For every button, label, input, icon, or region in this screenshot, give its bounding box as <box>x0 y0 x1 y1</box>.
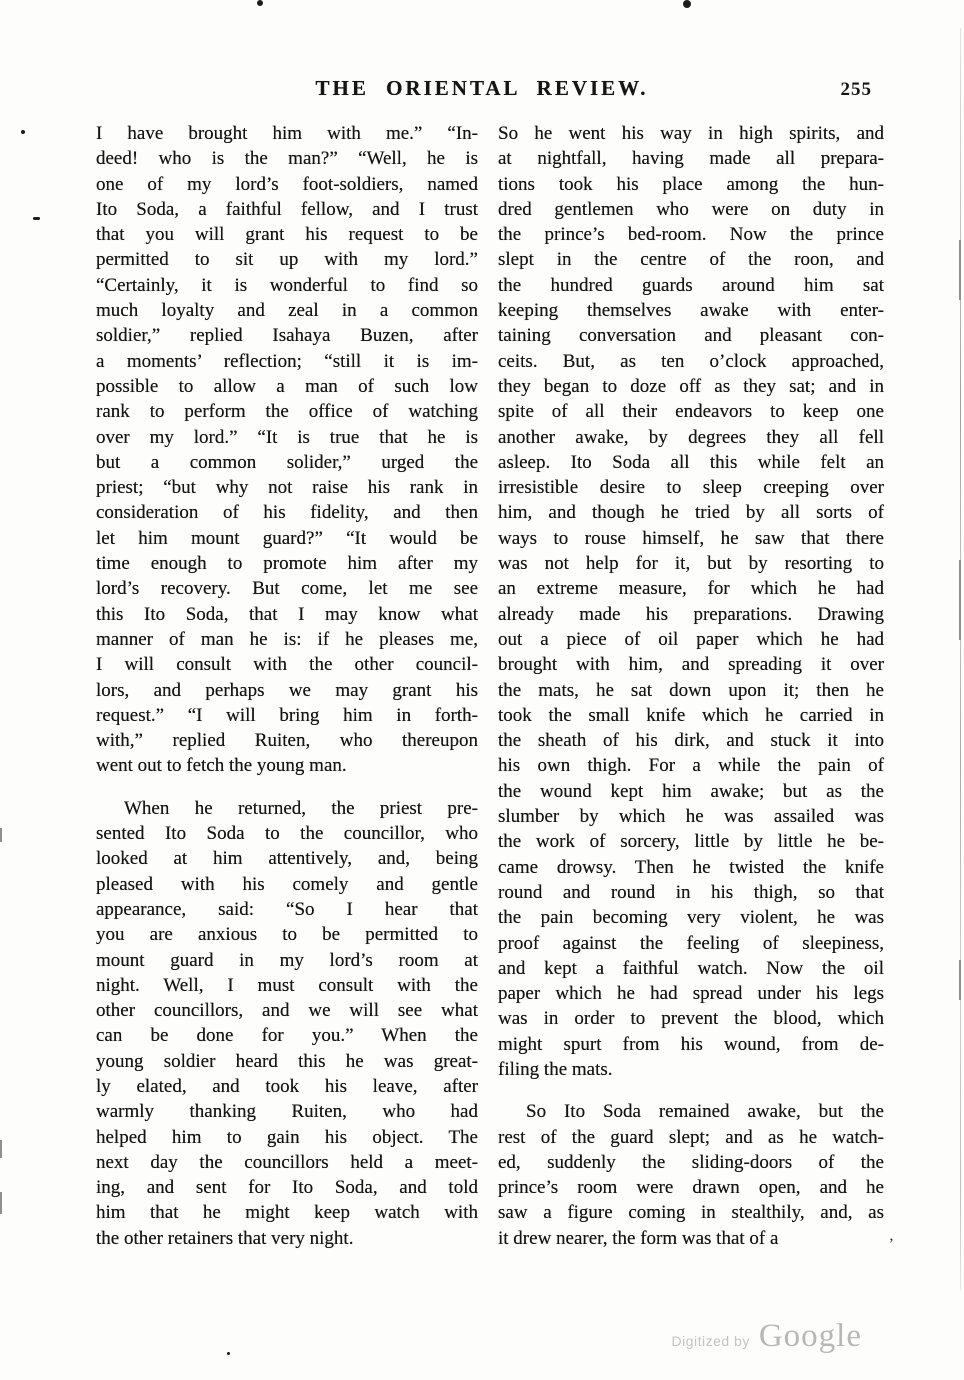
text-line: came drowsy. Then he twisted the knife <box>498 855 884 880</box>
text-line: you are anxious to be permitted to <box>96 922 478 947</box>
scan-speck <box>21 130 25 134</box>
text-body: I have brought him with me.” “In-deed! w… <box>96 121 884 1251</box>
text-line: priest; “but why not raise his rank in <box>96 475 478 500</box>
text-line: lors, and perhaps we may grant his <box>96 678 478 703</box>
text-line: ing, and sent for Ito Soda, and told <box>96 1175 478 1200</box>
text-line: ceits. But, as ten o’clock approached, <box>498 349 884 374</box>
scan-page-edge <box>960 28 961 1290</box>
text-line: him, and though he tried by all sorts of <box>498 500 884 525</box>
text-line: already made his preparations. Drawing <box>498 602 884 627</box>
text-line: this Ito Soda, that I may know what <box>96 602 478 627</box>
text-line: at nightfall, having made all prepara- <box>498 146 884 171</box>
text-line: took the small knife which he carried in <box>498 703 884 728</box>
scan-speck <box>227 1352 230 1355</box>
text-line: him that he might keep watch with <box>96 1200 478 1225</box>
text-line: “Certainly, it is wonderful to find so <box>96 273 478 298</box>
page-header: THE ORIENTAL REVIEW. 255 <box>0 76 964 102</box>
text-line: So he went his way in high spirits, and <box>498 121 884 146</box>
text-line: When he returned, the priest pre- <box>96 796 478 821</box>
text-line: deed! who is the man?” “Well, he is <box>96 146 478 171</box>
text-line: but a common solider,” urged the <box>96 450 478 475</box>
text-line: was in order to prevent the blood, which <box>498 1006 884 1031</box>
digitized-watermark: Digitized by Google <box>671 1318 862 1355</box>
scan-speck <box>257 0 263 6</box>
text-line: his own thigh. For a while the pain of <box>498 753 884 778</box>
text-line: one of my lord’s foot-soldiers, named <box>96 172 478 197</box>
text-line: the other retainers that very night. <box>96 1226 478 1251</box>
text-line: another awake, by degrees they all fell <box>498 425 884 450</box>
text-line: the pain becoming very violent, he was <box>498 905 884 930</box>
text-line: the hundred guards around him sat <box>498 273 884 298</box>
text-line: I will consult with the other council- <box>96 652 478 677</box>
text-line: next day the councillors held a meet- <box>96 1150 478 1175</box>
text-line: round and round in his thigh, so that <box>498 880 884 905</box>
scan-edge-tick <box>959 560 961 640</box>
text-line: that you will grant his request to be <box>96 222 478 247</box>
text-line: taining conversation and pleasant con- <box>498 323 884 348</box>
text-line: possible to allow a man of such low <box>96 374 478 399</box>
text-line: Ito Soda, a faithful fellow, and I trust <box>96 197 478 222</box>
text-line: permitted to sit up with my lord.” <box>96 247 478 272</box>
scan-edge-tick <box>959 240 961 300</box>
text-line: and kept a faithful watch. Now the oil <box>498 956 884 981</box>
text-line: filing the mats. <box>498 1057 884 1082</box>
text-line: lord’s recovery. But come, let me see <box>96 576 478 601</box>
text-line: request.” “I will bring him in forth- <box>96 703 478 728</box>
text-line: So Ito Soda remained awake, but the <box>498 1099 884 1124</box>
text-line: dred gentlemen who were on duty in <box>498 197 884 222</box>
text-line: asleep. Ito Soda all this while felt an <box>498 450 884 475</box>
text-line: the mats, he sat down upon it; then he <box>498 678 884 703</box>
watermark-prefix: Digitized by <box>671 1333 749 1349</box>
text-line: prince’s room were drawn open, and he <box>498 1175 884 1200</box>
text-line: soldier,” replied Isahaya Buzen, after <box>96 323 478 348</box>
text-line: an extreme measure, for which he had <box>498 576 884 601</box>
text-line: brought with him, and spreading it over <box>498 652 884 677</box>
text-line: the sheath of his dirk, and stuck it int… <box>498 728 884 753</box>
text-line: tions took his place among the hun- <box>498 172 884 197</box>
scan-speck <box>33 217 40 220</box>
text-line: warmly thanking Ruiten, who had <box>96 1099 478 1124</box>
text-line: it drew nearer, the form was that of a <box>498 1226 884 1251</box>
text-line: went out to fetch the young man. <box>96 753 478 778</box>
text-line: looked at him attentively, and, being <box>96 846 478 871</box>
text-line: ly elated, and took his leave, after <box>96 1074 478 1099</box>
scan-speck <box>683 0 691 8</box>
stray-mark: ’ <box>889 1236 894 1254</box>
page-number: 255 <box>841 79 873 101</box>
journal-title: THE ORIENTAL REVIEW. <box>0 76 964 101</box>
text-line: slumber by which he was assailed was <box>498 804 884 829</box>
scan-edge-tick <box>959 960 961 1000</box>
text-line: night. Well, I must consult with the <box>96 973 478 998</box>
text-line: saw a figure coming in stealthily, and, … <box>498 1200 884 1225</box>
text-line: slept in the centre of the roon, and <box>498 247 884 272</box>
scanned-book-page: THE ORIENTAL REVIEW. 255 I have brought … <box>0 0 964 1380</box>
text-line: spite of all their endeavors to keep one <box>498 399 884 424</box>
text-line: young soldier heard this he was great- <box>96 1049 478 1074</box>
paragraph: So Ito Soda remained awake, but therest … <box>498 1099 884 1251</box>
scan-edge-tick <box>0 1140 2 1158</box>
text-line: they began to doze off as they sat; and … <box>498 374 884 399</box>
text-line: rest of the guard slept; and as he watch… <box>498 1125 884 1150</box>
text-line: over my lord.” “It is true that he is <box>96 425 478 450</box>
text-line: keeping themselves awake with enter- <box>498 298 884 323</box>
text-line: out a piece of oil paper which he had <box>498 627 884 652</box>
scan-edge-tick <box>0 1192 2 1214</box>
text-line: I have brought him with me.” “In- <box>96 121 478 146</box>
text-line: sented Ito Soda to the councillor, who <box>96 821 478 846</box>
text-line: the wound kept him awake; but as the <box>498 779 884 804</box>
text-line: much loyalty and zeal in a common <box>96 298 478 323</box>
text-line: other councillors, and we will see what <box>96 998 478 1023</box>
text-line: pleased with his comely and gentle <box>96 872 478 897</box>
right-column: So he went his way in high spirits, anda… <box>498 121 884 1251</box>
text-line: proof against the feeling of sleepiness, <box>498 931 884 956</box>
text-line: ed, suddenly the sliding-doors of the <box>498 1150 884 1175</box>
text-line: appearance, said: “So I hear that <box>96 897 478 922</box>
text-line: manner of man he is: if he pleases me, <box>96 627 478 652</box>
scan-edge-tick <box>0 828 2 842</box>
text-line: was not help for it, but by resorting to <box>498 551 884 576</box>
text-line: can be done for you.” When the <box>96 1023 478 1048</box>
text-line: the prince’s bed-room. Now the prince <box>498 222 884 247</box>
paragraph: I have brought him with me.” “In-deed! w… <box>96 121 478 779</box>
paragraph: When he returned, the priest pre-sented … <box>96 796 478 1251</box>
text-line: let him mount guard?” “It would be <box>96 526 478 551</box>
text-line: rank to perform the office of watching <box>96 399 478 424</box>
text-line: might spurt from his wound, from de- <box>498 1032 884 1057</box>
text-line: the work of sorcery, little by little he… <box>498 829 884 854</box>
text-line: irresistible desire to sleep creeping ov… <box>498 475 884 500</box>
google-logo: Google <box>759 1318 862 1355</box>
left-column: I have brought him with me.” “In-deed! w… <box>96 121 478 1251</box>
text-line: helped him to gain his object. The <box>96 1125 478 1150</box>
text-line: consideration of his fidelity, and then <box>96 500 478 525</box>
text-line: ways to rouse himself, he saw that there <box>498 526 884 551</box>
paragraph: So he went his way in high spirits, anda… <box>498 121 884 1082</box>
text-line: a moments’ reflection; “still it is im- <box>96 349 478 374</box>
text-line: mount guard in my lord’s room at <box>96 948 478 973</box>
text-line: time enough to promote him after my <box>96 551 478 576</box>
text-line: paper which he had spread under his legs <box>498 981 884 1006</box>
text-line: with,” replied Ruiten, who thereupon <box>96 728 478 753</box>
